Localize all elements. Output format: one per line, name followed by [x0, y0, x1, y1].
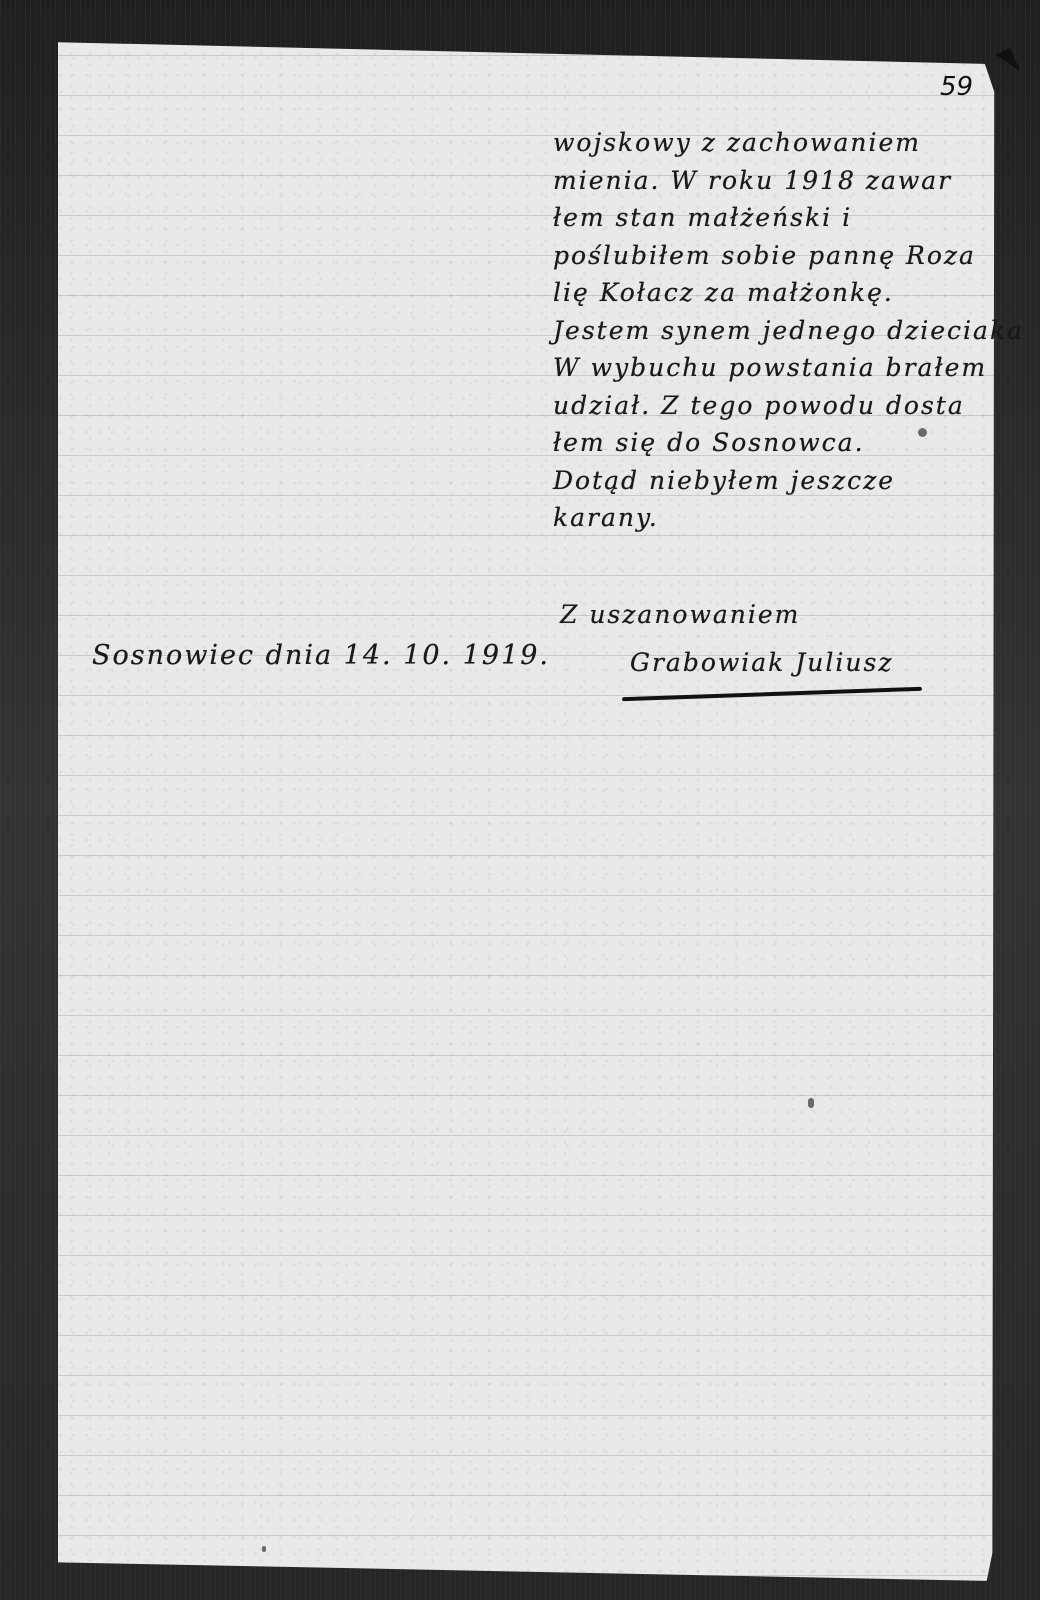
signature: Grabowiak Juliusz: [630, 648, 894, 677]
ink-blot: [918, 428, 927, 437]
body-line: wojskowy z zachowaniem: [553, 124, 1013, 162]
letter-body: wojskowy z zachowaniem mienia. W roku 19…: [553, 124, 1013, 537]
body-line: karany.: [553, 499, 1013, 537]
body-line: mienia. W roku 1918 zawar: [553, 162, 1013, 200]
body-line: poślubiłem sobie pannę Roza: [553, 237, 1013, 275]
ink-blot: [808, 1098, 814, 1108]
page-number: 59: [940, 72, 973, 102]
body-line: łem stan małżeński i: [553, 199, 1013, 237]
body-line: lię Kołacz za małżonkę.: [553, 274, 1013, 312]
ink-blot: [262, 1546, 266, 1552]
place-date-line: Sosnowiec dnia 14. 10. 1919.: [92, 640, 550, 671]
body-line: udział. Z tego powodu dosta: [553, 387, 1013, 425]
body-line: Dotąd niebyłem jeszcze: [553, 462, 1013, 500]
body-line: Jestem synem jednego dzieciaka: [553, 312, 1013, 350]
body-line: łem się do Sosnowca.: [553, 424, 1013, 462]
closing-salutation: Z uszanowaniem: [560, 600, 800, 629]
body-line: W wybuchu powstania brałem: [553, 349, 1013, 387]
